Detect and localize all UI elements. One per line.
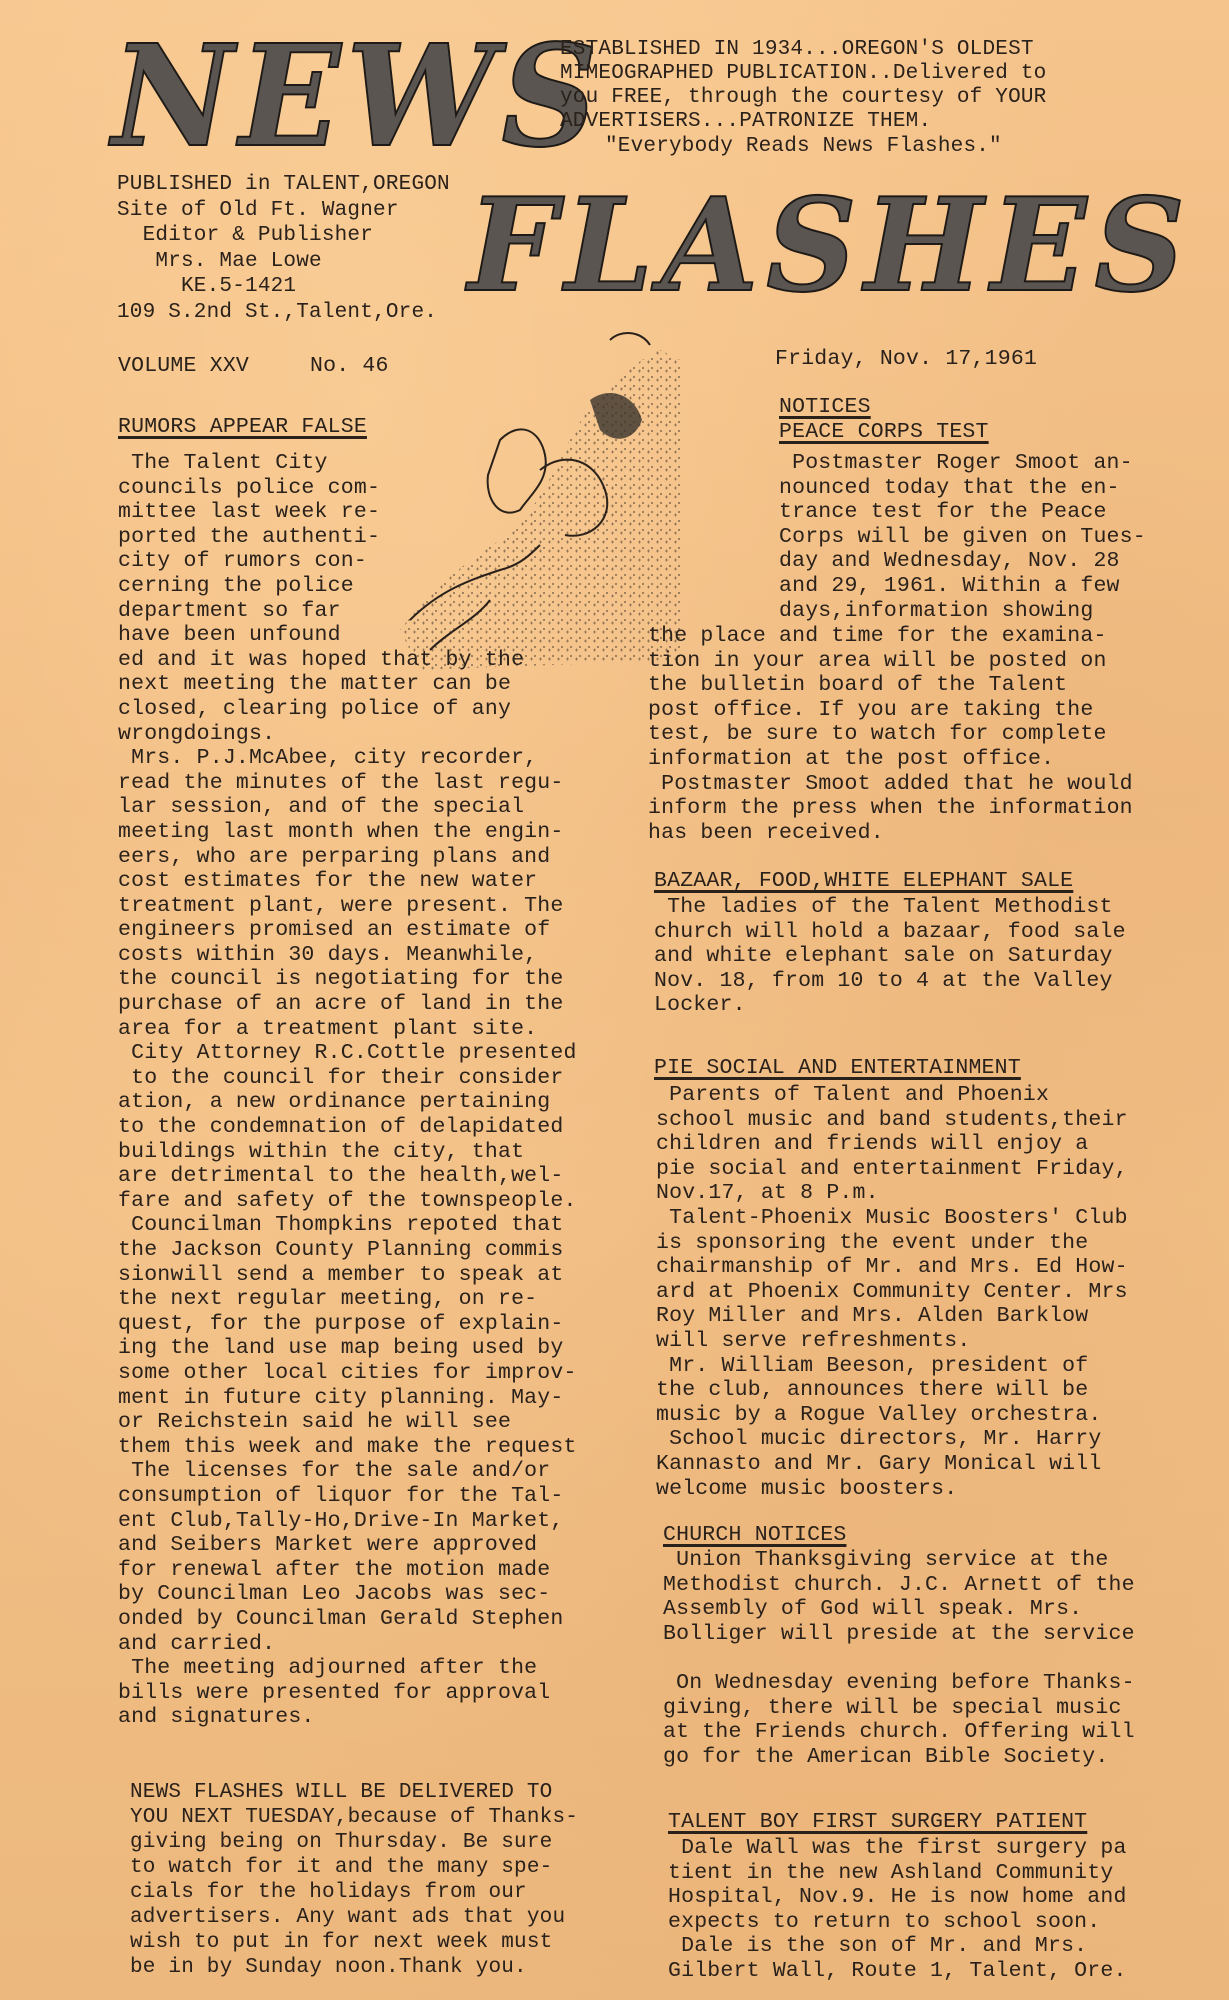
text-line: the place and time for the examina- <box>648 624 1133 649</box>
text-line: NEWS FLASHES WILL BE DELIVERED TO <box>130 1780 578 1805</box>
text-line: 109 S.2nd St.,Talent,Ore. <box>117 300 450 326</box>
text-line: are detrimental to the health,wel- <box>118 1164 577 1189</box>
text-line: tion in your area will be posted on <box>648 649 1133 674</box>
text-line: cials for the holidays from our <box>130 1880 578 1905</box>
pie-social-headline: PIE SOCIAL AND ENTERTAINMENT <box>654 1056 1021 1081</box>
text-line: On Wednesday evening before Thanks- <box>663 1671 1135 1696</box>
text-line: has been received. <box>648 821 1133 846</box>
text-line: Mrs. P.J.McAbee, city recorder, <box>118 746 577 771</box>
text-line: church will hold a bazaar, food sale <box>654 920 1126 945</box>
text-line: ADVERTISERS...PATRONIZE THEM. <box>560 110 1046 134</box>
text-line: ported the authenti- <box>118 525 577 550</box>
text-line: the bulletin board of the Talent <box>648 673 1133 698</box>
issue-number: No. 46 <box>310 354 389 379</box>
text-line: mittee last week re- <box>118 500 577 525</box>
text-line: read the minutes of the last regu- <box>118 771 577 796</box>
peace-corps-body-narrow: Postmaster Roger Smoot an-nounced today … <box>779 451 1146 623</box>
text-line: Hospital, Nov.9. He is now home and <box>668 1885 1127 1910</box>
text-line: day and Wednesday, Nov. 28 <box>779 549 1146 574</box>
text-line: The licenses for the sale and/or <box>118 1459 577 1484</box>
text-line: pie social and entertainment Friday, <box>656 1157 1128 1182</box>
text-line: ent Club,Tally-Ho,Drive-In Market, <box>118 1509 577 1534</box>
text-line: inform the press when the information <box>648 796 1133 821</box>
text-line: Roy Miller and Mrs. Alden Barklow <box>656 1304 1128 1329</box>
text-line: sionwill send a member to speak at <box>118 1263 577 1288</box>
text-line: MIMEOGRAPHED PUBLICATION..Delivered to <box>560 62 1046 86</box>
text-line: Editor & Publisher <box>117 223 450 249</box>
text-line: days,information showing <box>779 599 1146 624</box>
text-line: and 29, 1961. Within a few <box>779 574 1146 599</box>
text-line: City Attorney R.C.Cottle presented <box>118 1041 577 1066</box>
text-line: The ladies of the Talent Methodist <box>654 895 1126 920</box>
text-line: giving, there will be special music <box>663 1696 1135 1721</box>
text-line: to the condemnation of delapidated <box>118 1115 577 1140</box>
text-line: the club, announces there will be <box>656 1378 1128 1403</box>
text-line: the Jackson County Planning commis <box>118 1238 577 1263</box>
text-line: ment in future city planning. May- <box>118 1386 577 1411</box>
text-line: Parents of Talent and Phoenix <box>656 1083 1128 1108</box>
text-line: city of rumors con- <box>118 549 577 574</box>
text-line: bills were presented for approval <box>118 1681 577 1706</box>
text-line: is sponsoring the event under the <box>656 1231 1128 1256</box>
bazaar-headline: BAZAAR, FOOD,WHITE ELEPHANT SALE <box>654 869 1073 894</box>
rumors-headline: RUMORS APPEAR FALSE <box>118 415 367 440</box>
text-line: consumption of liquor for the Tal- <box>118 1484 577 1509</box>
church-notices-headline: CHURCH NOTICES <box>663 1523 846 1548</box>
delivery-notice: NEWS FLASHES WILL BE DELIVERED TOYOU NEX… <box>130 1780 578 1980</box>
text-line: The meeting adjourned after the <box>118 1656 577 1681</box>
masthead-title-news: NEWS <box>112 22 603 172</box>
text-line: lar session, and of the special <box>118 795 577 820</box>
text-line: ed and it was hoped that by the <box>118 648 577 673</box>
pie-social-body: Parents of Talent and Phoenixschool musi… <box>656 1083 1128 1501</box>
text-line: Gilbert Wall, Route 1, Talent, Ore. <box>668 1959 1127 1984</box>
bazaar-body: The ladies of the Talent Methodistchurch… <box>654 895 1126 1018</box>
text-line: closed, clearing police of any <box>118 697 577 722</box>
text-line: and carried. <box>118 1632 577 1657</box>
text-line: ation, a new ordinance pertaining <box>118 1090 577 1115</box>
text-line: Mrs. Mae Lowe <box>117 249 450 275</box>
text-line: ESTABLISHED IN 1934...OREGON'S OLDEST <box>560 38 1046 62</box>
text-line: department so far <box>118 599 577 624</box>
text-line: you FREE, through the courtesy of YOUR <box>560 86 1046 110</box>
issue-date: Friday, Nov. 17,1961 <box>775 347 1037 372</box>
text-line: YOU NEXT TUESDAY,because of Thanks- <box>130 1805 578 1830</box>
text-line: and signatures. <box>118 1705 577 1730</box>
text-line: music by a Rogue Valley orchestra. <box>656 1403 1128 1428</box>
masthead-slogan: "Everybody Reads News Flashes." <box>605 135 1002 160</box>
text-line: Kannasto and Mr. Gary Monical will <box>656 1452 1128 1477</box>
text-line: Postmaster Smoot added that he would <box>648 772 1133 797</box>
text-line: welcome music boosters. <box>656 1477 1128 1502</box>
text-line: children and friends will enjoy a <box>656 1132 1128 1157</box>
surgery-body: Dale Wall was the first surgery patient … <box>668 1836 1127 1984</box>
text-line: have been unfound <box>118 623 577 648</box>
text-line: councils police com- <box>118 476 577 501</box>
text-line: information at the post office. <box>648 747 1133 772</box>
text-line: Locker. <box>654 993 1126 1018</box>
text-line: Union Thanksgiving service at the <box>663 1548 1135 1573</box>
text-line: treatment plant, were present. The <box>118 894 577 919</box>
text-line: giving being on Thursday. Be sure <box>130 1830 578 1855</box>
text-line: or Reichstein said he will see <box>118 1410 577 1435</box>
text-line: trance test for the Peace <box>779 500 1146 525</box>
text-line: chairmanship of Mr. and Mrs. Ed How- <box>656 1255 1128 1280</box>
text-line: will serve refreshments. <box>656 1329 1128 1354</box>
text-line: Dale is the son of Mr. and Mrs. <box>668 1934 1127 1959</box>
text-line: KE.5-1421 <box>117 274 450 300</box>
peace-corps-body-wide: the place and time for the examina-tion … <box>648 624 1133 845</box>
text-line: costs within 30 days. Meanwhile, <box>118 943 577 968</box>
text-line: Assembly of God will speak. Mrs. <box>663 1597 1135 1622</box>
volume-label: VOLUME XXV <box>118 354 249 379</box>
text-line: Bolliger will preside at the service <box>663 1622 1135 1647</box>
text-line: purchase of an acre of land in the <box>118 992 577 1017</box>
text-line: Councilman Thompkins repoted that <box>118 1213 577 1238</box>
text-line: buildings within the city, that <box>118 1140 577 1165</box>
text-line: tient in the new Ashland Community <box>668 1861 1127 1886</box>
text-line: test, be sure to watch for complete <box>648 722 1133 747</box>
text-line: engineers promised an estimate of <box>118 918 577 943</box>
notices-label: NOTICES <box>779 395 871 420</box>
text-line: go for the American Bible Society. <box>663 1745 1135 1770</box>
text-line: area for a treatment plant site. <box>118 1017 577 1042</box>
text-line: Nov.17, at 8 P.m. <box>656 1181 1128 1206</box>
text-line: Methodist church. J.C. Arnett of the <box>663 1573 1135 1598</box>
text-line: Mr. William Beeson, president of <box>656 1354 1128 1379</box>
text-line: eers, who are perparing plans and <box>118 845 577 870</box>
text-line: at the Friends church. Offering will <box>663 1720 1135 1745</box>
text-line: post office. If you are taking the <box>648 698 1133 723</box>
text-line: wrongdoings. <box>118 722 577 747</box>
text-line: Corps will be given on Tues- <box>779 525 1146 550</box>
text-line: fare and safety of the townspeople. <box>118 1189 577 1214</box>
church-notices-body: Union Thanksgiving service at theMethodi… <box>663 1548 1135 1769</box>
text-line: The Talent City <box>118 451 577 476</box>
text-line: the council is negotiating for the <box>118 967 577 992</box>
text-line: to the council for their consider <box>118 1066 577 1091</box>
text-line: advertisers. Any want ads that you <box>130 1905 578 1930</box>
text-line: Site of Old Ft. Wagner <box>117 198 450 224</box>
rumors-body: The Talent Citycouncils police com-mitte… <box>118 451 577 1730</box>
text-line: Dale Wall was the first surgery pa <box>668 1836 1127 1861</box>
surgery-headline: TALENT BOY FIRST SURGERY PATIENT <box>668 1810 1087 1835</box>
text-line: be in by Sunday noon.Thank you. <box>130 1955 578 1980</box>
text-line: for renewal after the motion made <box>118 1558 577 1583</box>
publisher-info: PUBLISHED in TALENT,OREGONSite of Old Ft… <box>117 172 450 325</box>
text-line: onded by Councilman Gerald Stephen <box>118 1607 577 1632</box>
text-line: to watch for it and the many spe- <box>130 1855 578 1880</box>
peace-corps-headline: PEACE CORPS TEST <box>779 420 989 445</box>
text-line: Postmaster Roger Smoot an- <box>779 451 1146 476</box>
text-line: Nov. 18, from 10 to 4 at the Valley <box>654 969 1126 994</box>
text-line: wish to put in for next week must <box>130 1930 578 1955</box>
text-line: PUBLISHED in TALENT,OREGON <box>117 172 450 198</box>
masthead-title-flashes: FLASHES <box>468 176 1193 316</box>
text-line: ard at Phoenix Community Center. Mrs <box>656 1280 1128 1305</box>
text-line: the next regular meeting, on re- <box>118 1287 577 1312</box>
text-line <box>663 1646 1135 1671</box>
text-line: them this week and make the request <box>118 1435 577 1460</box>
text-line: quest, for the purpose of explain- <box>118 1312 577 1337</box>
text-line: by Councilman Leo Jacobs was sec- <box>118 1582 577 1607</box>
text-line: next meeting the matter can be <box>118 672 577 697</box>
text-line: expects to return to school soon. <box>668 1910 1127 1935</box>
text-line: meeting last month when the engin- <box>118 820 577 845</box>
text-line: nounced today that the en- <box>779 476 1146 501</box>
text-line: School mucic directors, Mr. Harry <box>656 1427 1128 1452</box>
text-line: cost estimates for the new water <box>118 869 577 894</box>
text-line: school music and band students,their <box>656 1108 1128 1133</box>
text-line: some other local cities for improv- <box>118 1361 577 1386</box>
masthead-tagline: ESTABLISHED IN 1934...OREGON'S OLDESTMIM… <box>560 38 1046 134</box>
text-line: and Seibers Market were approved <box>118 1533 577 1558</box>
text-line: cerning the police <box>118 574 577 599</box>
text-line: ing the land use map being used by <box>118 1336 577 1361</box>
text-line: and white elephant sale on Saturday <box>654 944 1126 969</box>
text-line: Talent-Phoenix Music Boosters' Club <box>656 1206 1128 1231</box>
